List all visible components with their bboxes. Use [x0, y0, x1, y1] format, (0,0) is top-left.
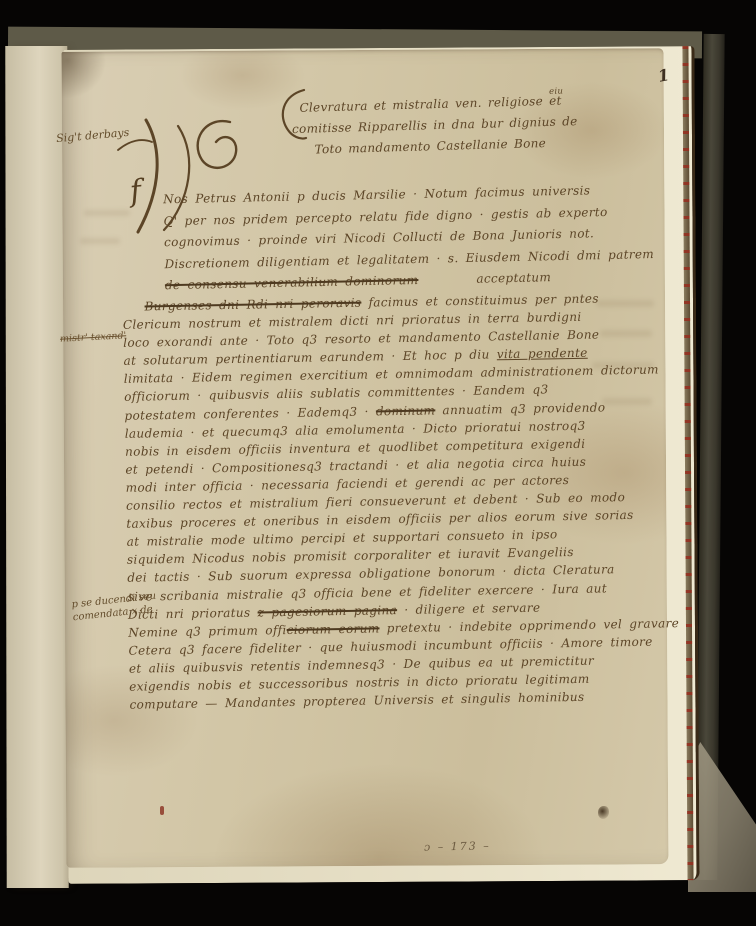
text-segment: acceptatum [476, 270, 551, 286]
text-segment: · diligere et servare [397, 600, 541, 616]
manuscript-photo: 1 eiu Clevratura et mistralia ven. relig… [0, 0, 756, 926]
ink-show-through [80, 238, 120, 244]
struck-text: dominum [376, 403, 436, 418]
text-segment: Nemine q3 primum offi [128, 623, 287, 640]
text-segment: facimus et constituimus per pntes [361, 292, 599, 310]
red-speck [160, 806, 164, 815]
line-gap [418, 283, 476, 284]
red-fore-edge-marks [682, 46, 693, 880]
heading-superscript: eiu [549, 82, 564, 103]
bottom-page-mark: ɔ – 173 – [424, 839, 491, 853]
struck-text: Burgenses dni Rdi nri peroravis [144, 296, 361, 314]
struck-text: z pagesiorum pagina [257, 603, 397, 619]
struck-text: de consensu venerabilium dominorum [165, 273, 419, 292]
paragraph-2: Burgenses dni Rdi nri peroravis facimus … [122, 288, 679, 714]
paragraph-1: Nos Petrus Antonii p ducis Marsilie · No… [163, 179, 670, 297]
heading-block: eiu Clevratura et mistralia ven. religio… [299, 90, 578, 161]
left-page-edge [5, 46, 68, 888]
text-segment: annuatim q3 providendo [435, 400, 605, 417]
struck-text: ciorum eorum [287, 621, 380, 637]
text-segment: potestatem conferentes · Eademq3 · [124, 404, 376, 422]
underlined-text: vita pendente [497, 346, 588, 362]
